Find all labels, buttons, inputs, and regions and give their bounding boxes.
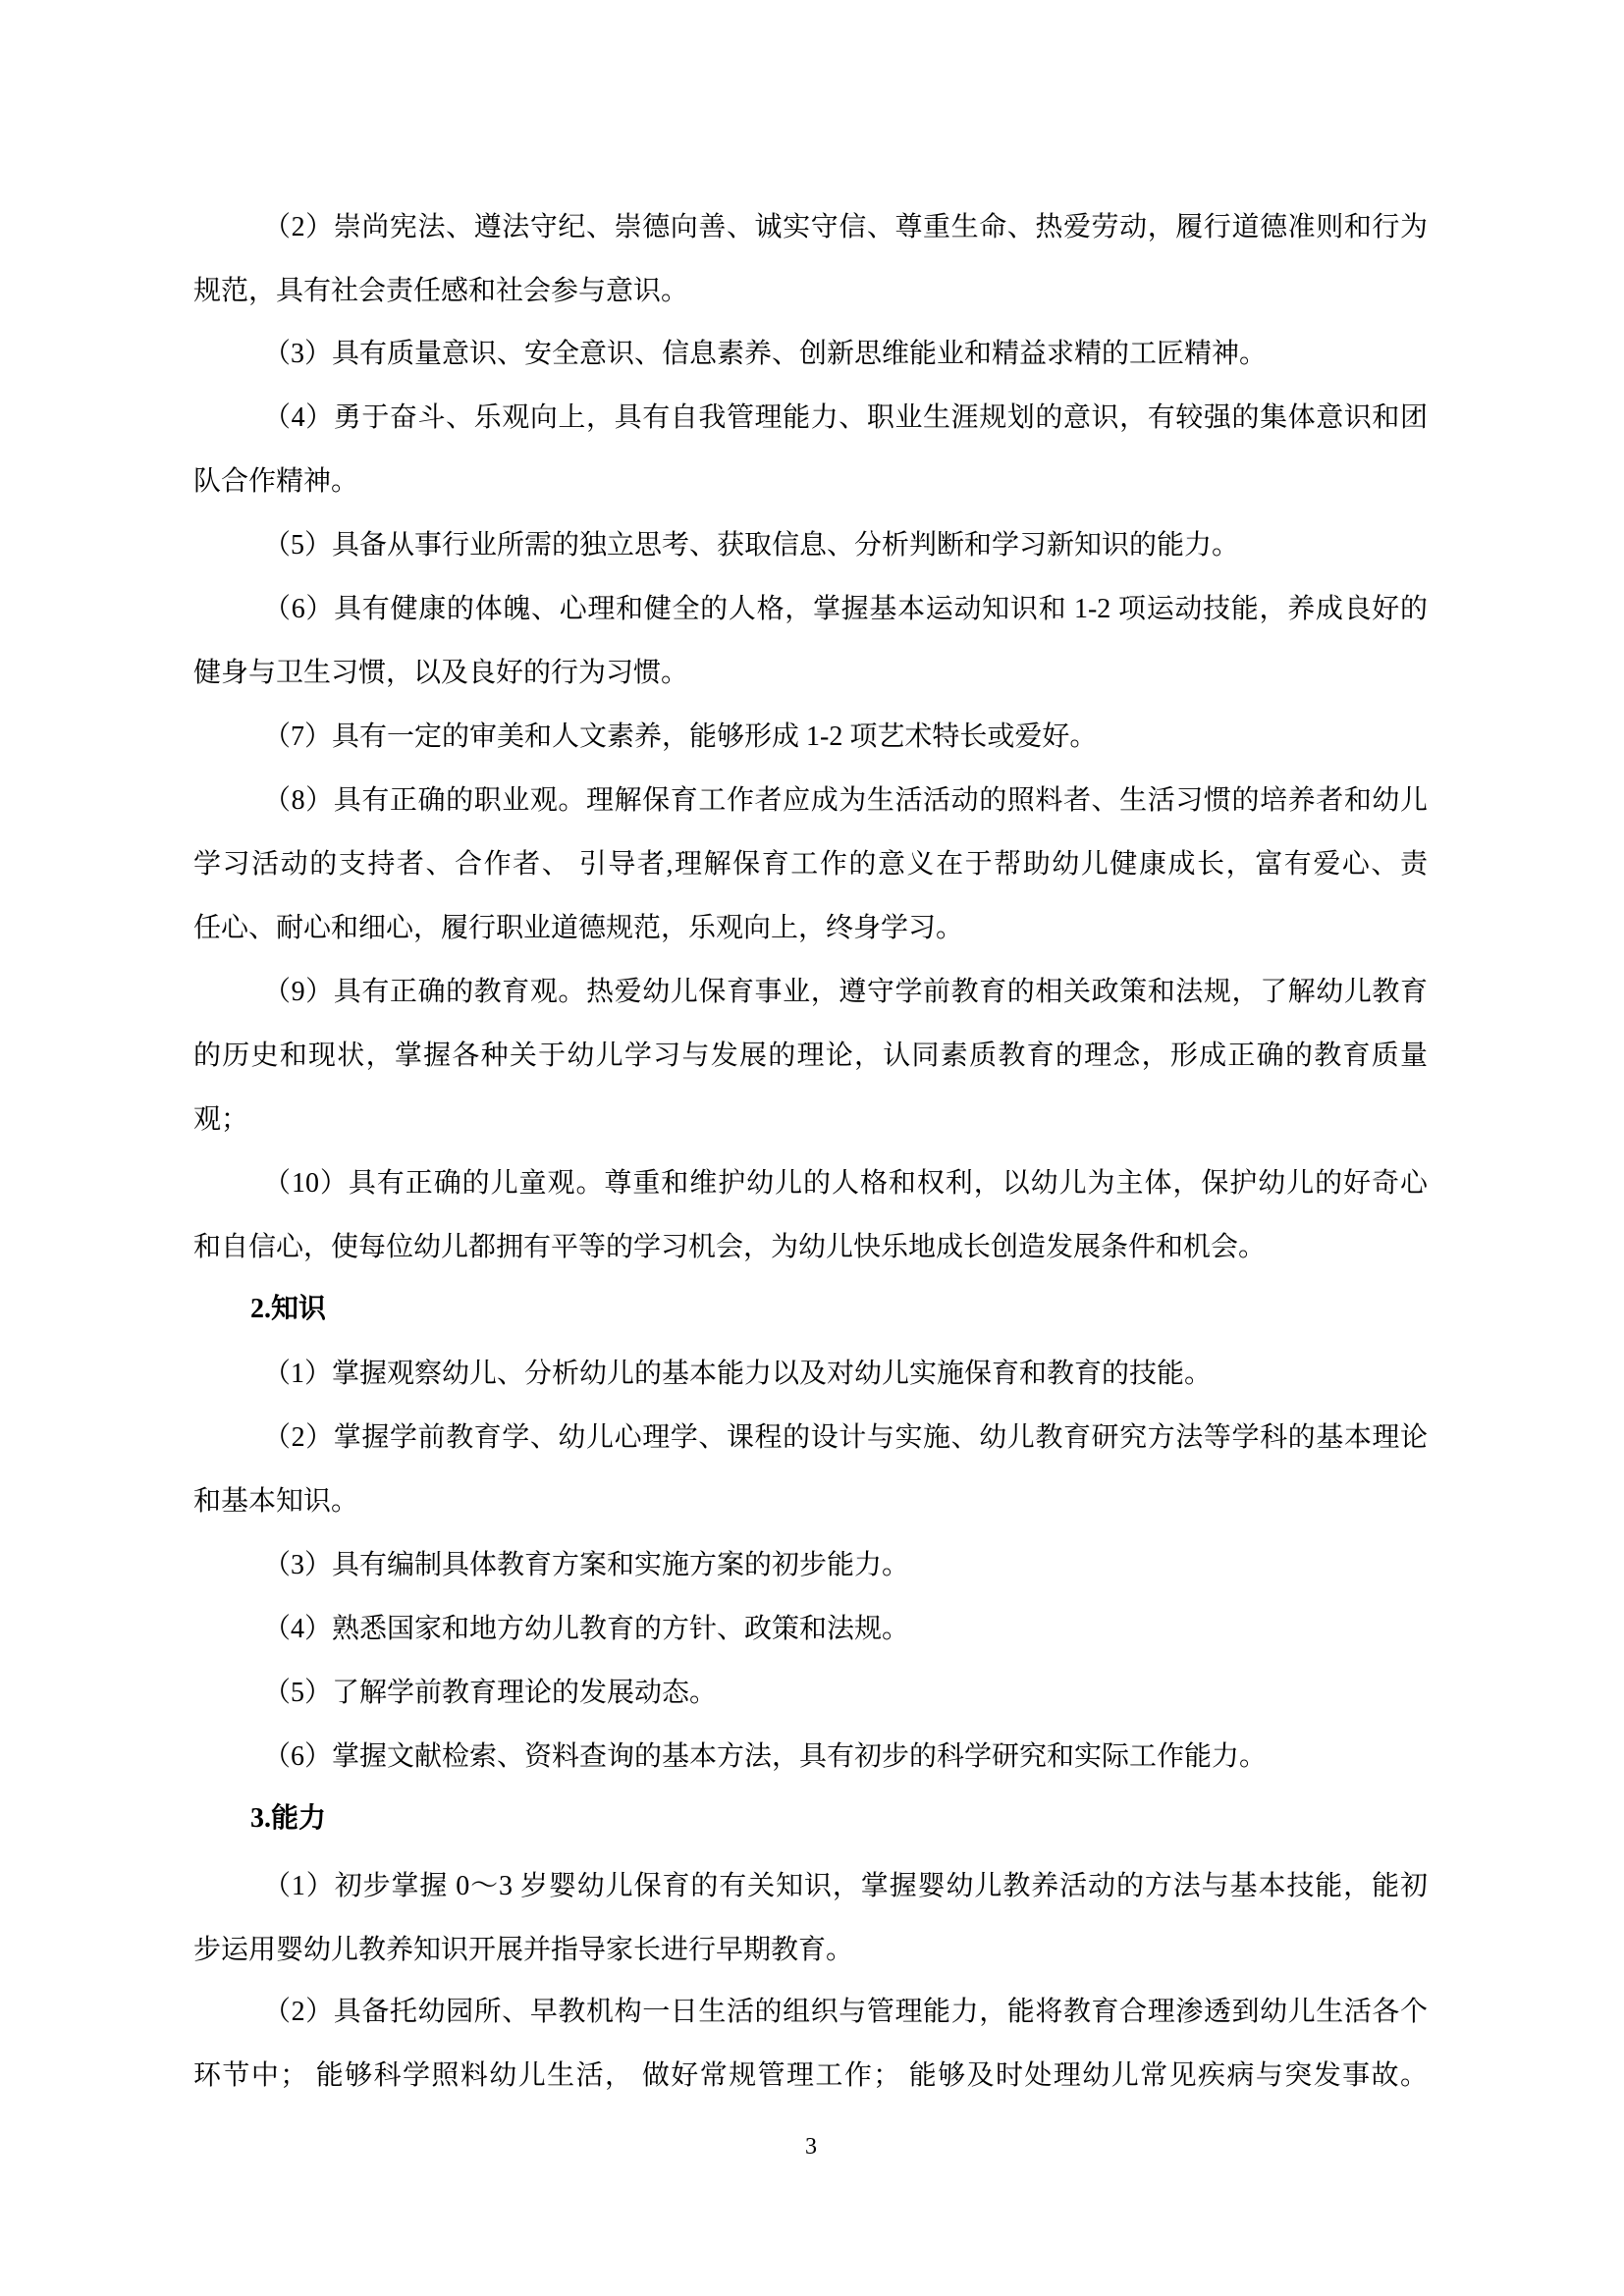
paragraph-line: 和基本知识。 xyxy=(193,1482,1428,1522)
paragraph-line: 任心、耐心和细心，履行职业道德规范，乐观向上，终身学习。 xyxy=(193,909,1428,948)
paragraph-line: （6）掌握文献检索、资料查询的基本方法，具有初步的科学研究和实际工作能力。 xyxy=(263,1737,1428,1777)
paragraph-line: 观； xyxy=(193,1100,1428,1140)
paragraph-line: 健身与卫生习惯，以及良好的行为习惯。 xyxy=(193,654,1428,693)
paragraph-line: （10）具有正确的儿童观。尊重和维护幼儿的人格和权利，以幼儿为主体，保护幼儿的好… xyxy=(263,1164,1428,1203)
paragraph-line: （4）熟悉国家和地方幼儿教育的方针、政策和法规。 xyxy=(263,1610,1428,1649)
paragraph-line: （2）掌握学前教育学、幼儿心理学、课程的设计与实施、幼儿教育研究方法等学科的基本… xyxy=(263,1418,1428,1458)
paragraph-line: （2）崇尚宪法、遵法守纪、崇德向善、诚实守信、尊重生命、热爱劳动，履行道德准则和… xyxy=(263,208,1428,247)
section-heading-knowledge: 2.知识 xyxy=(250,1290,326,1329)
paragraph-line: （7）具有一定的审美和人文素养，能够形成 1-2 项艺术特长或爱好。 xyxy=(263,718,1428,757)
paragraph-line: （4）勇于奋斗、乐观向上，具有自我管理能力、职业生涯规划的意识，有较强的集体意识… xyxy=(263,399,1428,438)
paragraph-line: （3）具有质量意识、安全意识、信息素养、创新思维能业和精益求精的工匠精神。 xyxy=(263,335,1428,374)
section-heading-ability: 3.能力 xyxy=(250,1799,326,1839)
paragraph-line: （1）掌握观察幼儿、分析幼儿的基本能力以及对幼儿实施保育和教育的技能。 xyxy=(263,1355,1428,1394)
paragraph-line: 环节中； 能够科学照料幼儿生活， 做好常规管理工作； 能够及时处理幼儿常见疾病与… xyxy=(193,2056,1428,2096)
paragraph-line: （5）具备从事行业所需的独立思考、获取信息、分析判断和学习新知识的能力。 xyxy=(263,526,1428,565)
paragraph-line: 步运用婴幼儿教养知识开展并指导家长进行早期教育。 xyxy=(193,1931,1428,1970)
paragraph-line: 学习活动的支持者、合作者、 引导者,理解保育工作的意义在于帮助幼儿健康成长，富有… xyxy=(193,845,1428,884)
paragraph-line: （5）了解学前教育理论的发展动态。 xyxy=(263,1674,1428,1713)
paragraph-line: （6）具有健康的体魄、心理和健全的人格，掌握基本运动知识和 1-2 项运动技能，… xyxy=(263,590,1428,629)
paragraph-line: （3）具有编制具体教育方案和实施方案的初步能力。 xyxy=(263,1546,1428,1585)
paragraph-line: （1）初步掌握 0～3 岁婴幼儿保育的有关知识，掌握婴幼儿教养活动的方法与基本技… xyxy=(263,1867,1428,1906)
paragraph-line: （2）具备托幼园所、早教机构一日生活的组织与管理能力，能将教育合理渗透到幼儿生活… xyxy=(263,1993,1428,2032)
paragraph-line: （8）具有正确的职业观。理解保育工作者应成为生活活动的照料者、生活习惯的培养者和… xyxy=(263,781,1428,821)
paragraph-line: 规范，具有社会责任感和社会参与意识。 xyxy=(193,272,1428,311)
paragraph-line: （9）具有正确的教育观。热爱幼儿保育事业，遵守学前教育的相关政策和法规，了解幼儿… xyxy=(263,973,1428,1012)
document-page: （2）崇尚宪法、遵法守纪、崇德向善、诚实守信、尊重生命、热爱劳动，履行道德准则和… xyxy=(0,0,1624,2296)
paragraph-line: 队合作精神。 xyxy=(193,462,1428,502)
paragraph-line: 的历史和现状，掌握各种关于幼儿学习与发展的理论，认同素质教育的理念，形成正确的教… xyxy=(193,1037,1428,1076)
page-number: 3 xyxy=(791,2132,831,2162)
paragraph-line: 和自信心，使每位幼儿都拥有平等的学习机会，为幼儿快乐地成长创造发展条件和机会。 xyxy=(193,1228,1428,1267)
